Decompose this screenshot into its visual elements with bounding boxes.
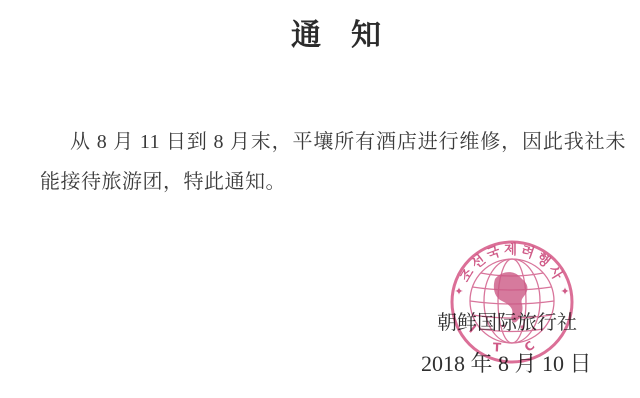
star-right-icon: ✦ <box>560 286 569 298</box>
stamp-bottom-arc-text: ITC <box>466 322 558 355</box>
company-stamp-seal-icon: 조선국제려행사 ITC ✦ ✦ <box>447 237 577 367</box>
star-left-icon: ✦ <box>454 286 463 298</box>
notice-document: 通知 从 8 月 11 日到 8 月末，平壤所有酒店进行维修，因此我社未能接待旅… <box>0 0 640 398</box>
notice-body: 从 8 月 11 日到 8 月末，平壤所有酒店进行维修，因此我社未能接待旅游团，… <box>40 122 626 202</box>
notice-title: 通知 <box>291 10 411 54</box>
